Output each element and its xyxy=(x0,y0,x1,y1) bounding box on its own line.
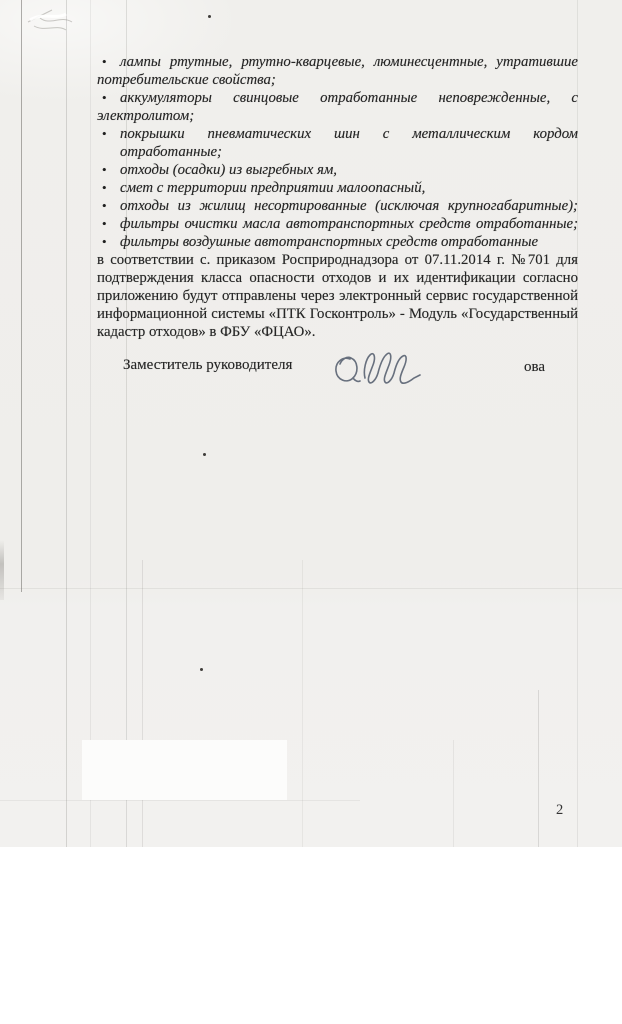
scan-speck xyxy=(208,15,211,18)
bullet-list-line: •покрышки пневматических шин с металличе… xyxy=(97,125,578,161)
fold-line-horizontal xyxy=(0,800,360,801)
bullet-list-line: •фильтры очистки масла автотранспортных … xyxy=(97,215,578,233)
bullet-icon: • xyxy=(102,161,107,179)
fold-line xyxy=(90,0,91,847)
fold-line xyxy=(538,690,539,847)
bullet-list-line: •аккумуляторы свинцовые отработанные неп… xyxy=(97,89,578,107)
fold-line xyxy=(302,560,303,847)
bullet-list-line: •лампы ртутные, ртутно-кварцевые, люмине… xyxy=(97,53,578,71)
bullet-list-line: •отходы из жилищ несортированные (исключ… xyxy=(97,197,578,215)
line-text: электролитом; xyxy=(97,107,578,125)
bullet-list-line: потребительские свойства; xyxy=(97,71,578,89)
line-text: фильтры очистки масла автотранспортных с… xyxy=(120,215,578,233)
fold-line xyxy=(21,0,22,592)
page-edge-shadow xyxy=(0,540,4,600)
line-text: смет с территории предприятии малоопасны… xyxy=(120,179,578,197)
paragraph-line: приложению будут отправлены через электр… xyxy=(97,287,578,305)
page-number: 2 xyxy=(556,802,563,819)
line-text: потребительские свойства; xyxy=(97,71,578,89)
scanned-page: •лампы ртутные, ртутно-кварцевые, люмине… xyxy=(0,0,622,847)
signatory-title: Заместитель руководителя xyxy=(123,357,292,374)
bullet-list-line: электролитом; xyxy=(97,107,578,125)
line-text: аккумуляторы свинцовые отработанные непо… xyxy=(120,89,578,107)
paragraph-line: в соответствии с. приказом Росприроднадз… xyxy=(97,251,578,269)
line-text: фильтры воздушные автотранспортных средс… xyxy=(120,233,578,251)
scan-speck xyxy=(203,453,206,456)
fold-line-horizontal xyxy=(0,588,622,589)
paragraph-line: информационной системы «ПТК Госконтроль»… xyxy=(97,305,578,323)
line-text: приложению будут отправлены через электр… xyxy=(97,287,578,305)
paragraph-line: подтверждения класса опасности отходов и… xyxy=(97,269,578,287)
line-text: отходы из жилищ несортированные (исключа… xyxy=(120,197,578,215)
bullet-icon: • xyxy=(102,233,107,251)
bullet-list-line: •фильтры воздушные автотранспортных сред… xyxy=(97,233,578,251)
whiteout-patch xyxy=(82,740,287,800)
signature-handwriting xyxy=(323,338,433,408)
line-text: покрышки пневматических шин с металличес… xyxy=(120,125,578,161)
fold-line xyxy=(142,560,143,847)
text-block: •лампы ртутные, ртутно-кварцевые, люмине… xyxy=(97,53,578,341)
line-text: лампы ртутные, ртутно-кварцевые, люминес… xyxy=(120,53,578,71)
line-text: в соответствии с. приказом Росприроднадз… xyxy=(97,251,578,269)
bullet-icon: • xyxy=(102,179,107,197)
line-text: отходы (осадки) из выгребных ям, xyxy=(120,161,578,179)
fold-line xyxy=(66,0,67,847)
bullet-icon: • xyxy=(102,53,107,71)
crease-mark xyxy=(0,0,120,60)
line-text: информационной системы «ПТК Госконтроль»… xyxy=(97,305,578,323)
bullet-list-line: •смет с территории предприятии малоопасн… xyxy=(97,179,578,197)
screenshot-root: { "colors": { "paper": "#f0efec", "ink":… xyxy=(0,0,622,1024)
bullet-icon: • xyxy=(102,89,107,107)
bullet-icon: • xyxy=(102,125,107,143)
bullet-icon: • xyxy=(102,197,107,215)
bullet-list-line: •отходы (осадки) из выгребных ям, xyxy=(97,161,578,179)
line-text: подтверждения класса опасности отходов и… xyxy=(97,269,578,287)
fold-line xyxy=(453,740,454,847)
signatory-name-fragment: ова xyxy=(524,359,545,376)
bullet-icon: • xyxy=(102,215,107,233)
scan-speck xyxy=(200,668,203,671)
